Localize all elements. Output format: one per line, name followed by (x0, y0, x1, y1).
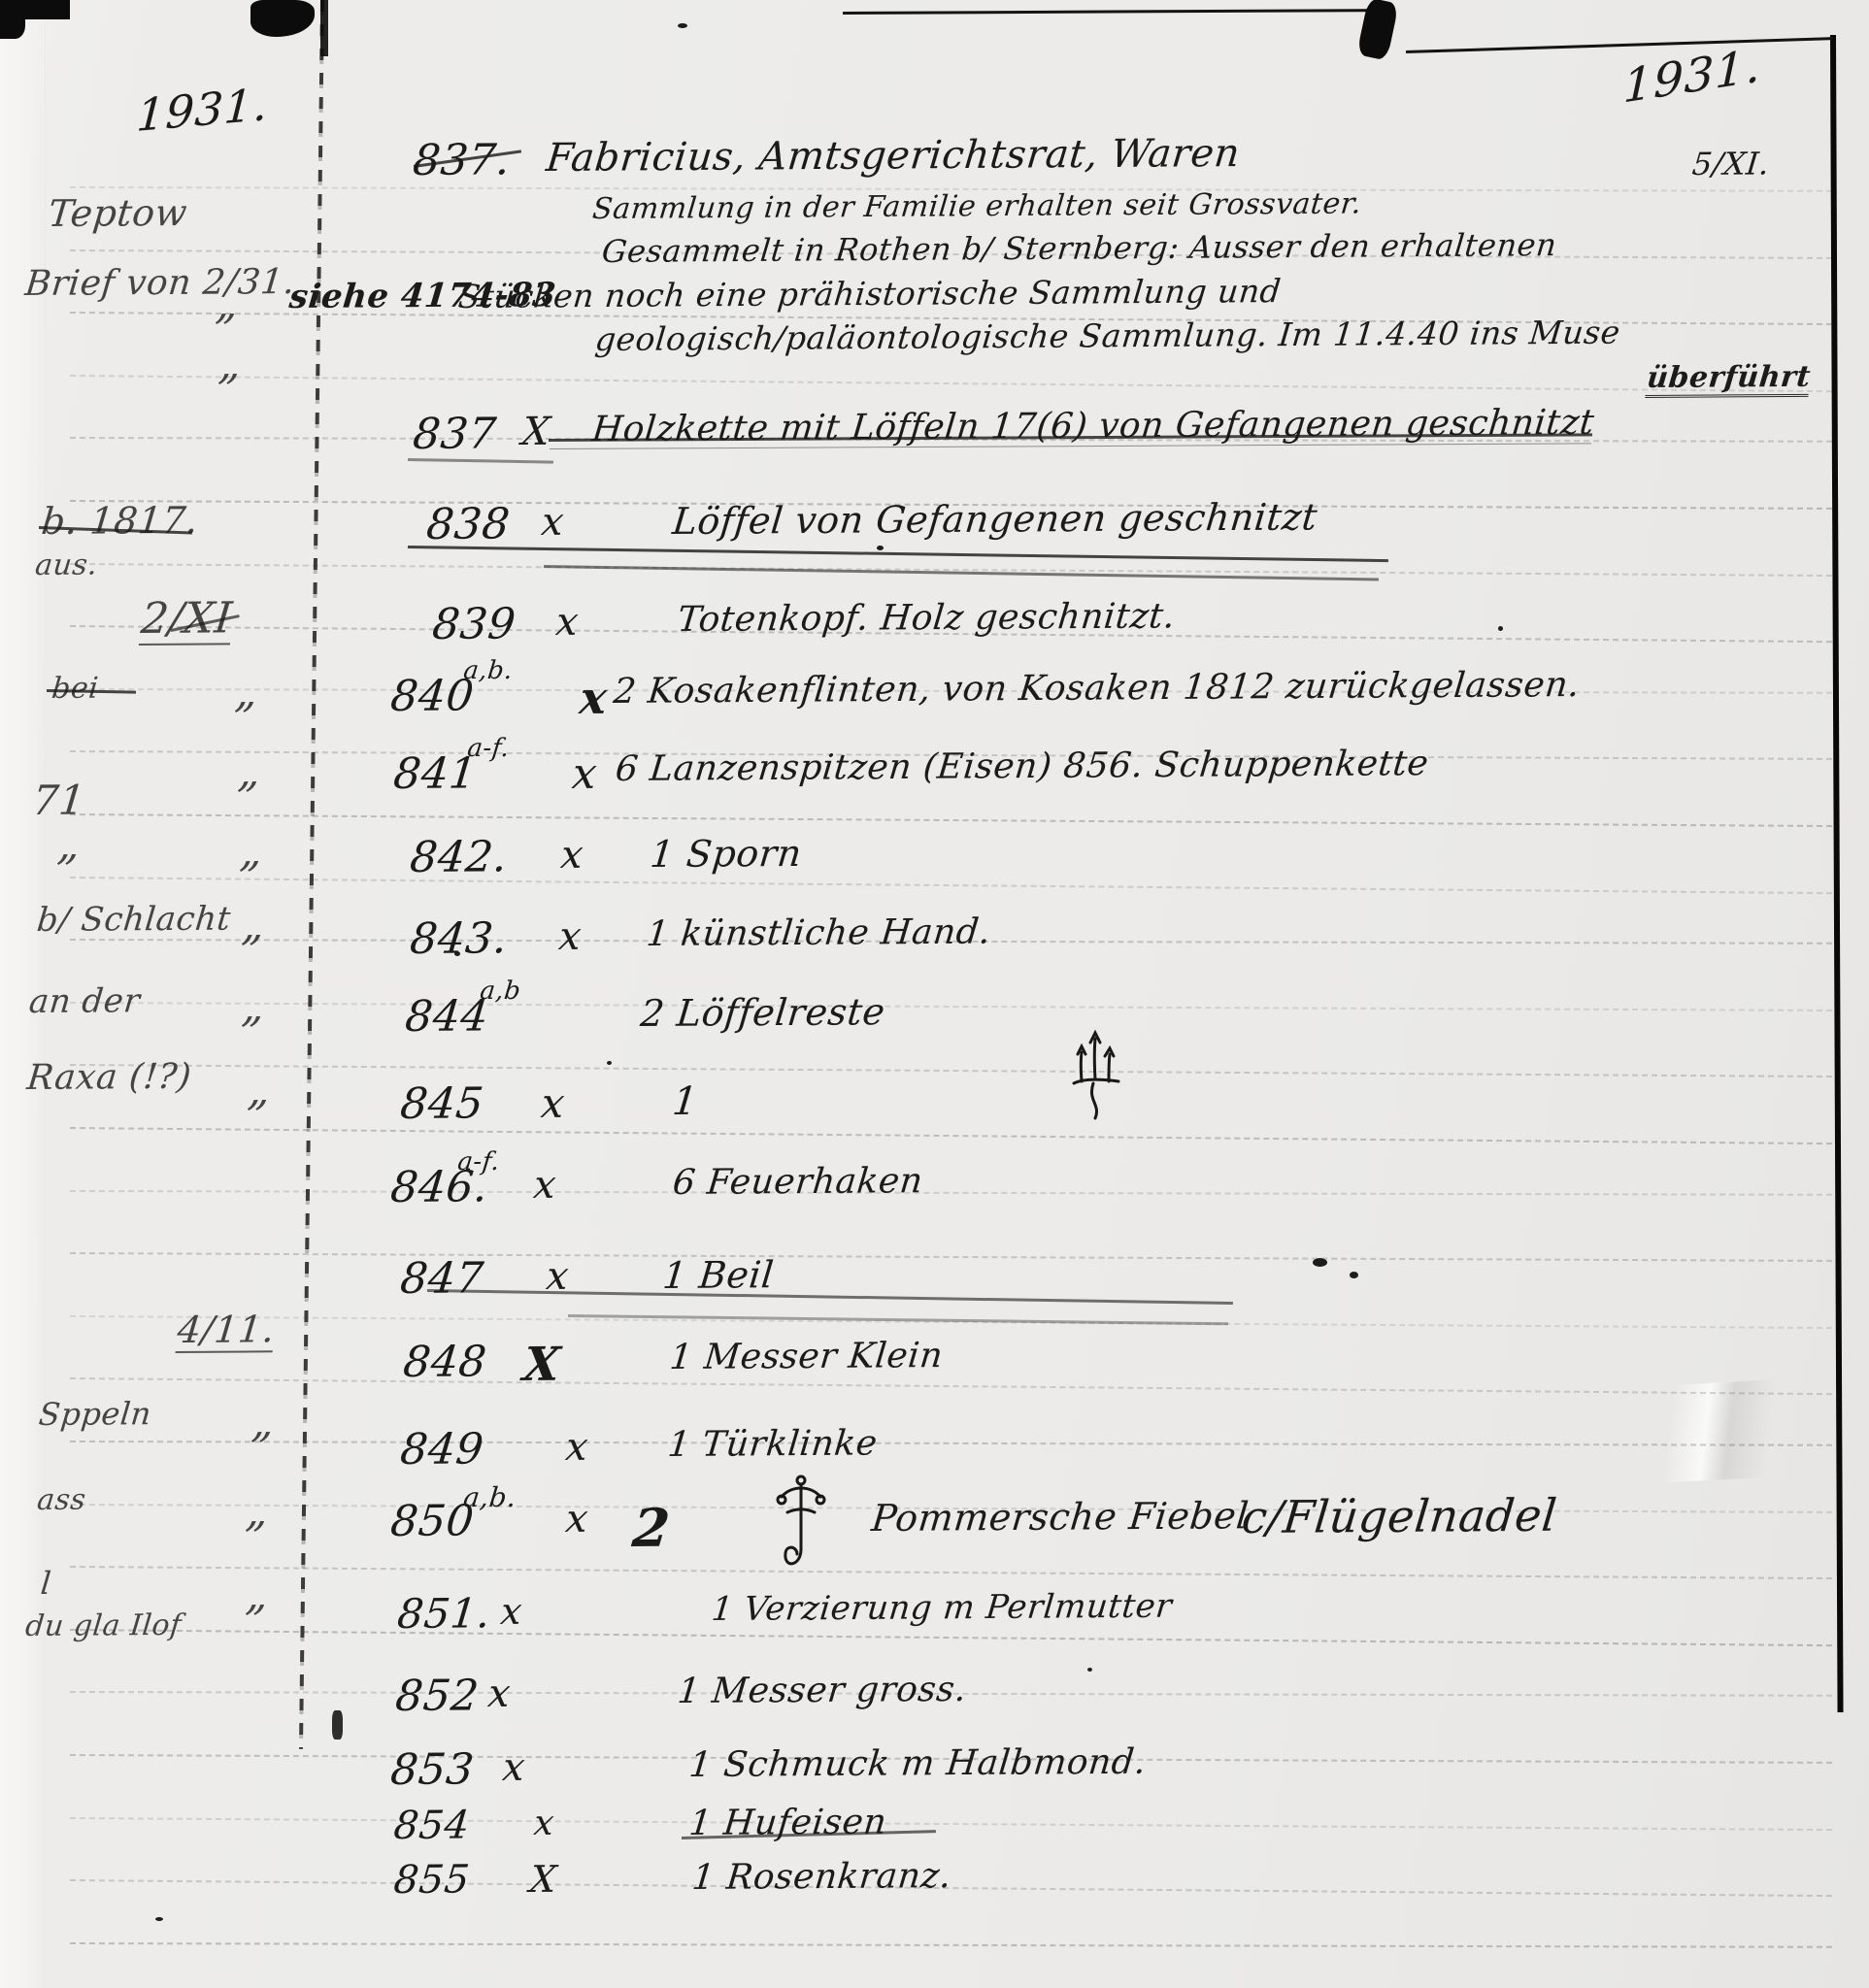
entry-desc: Gesammelt in Rothen b/ Sternberg: Ausser… (600, 226, 1558, 270)
margin-note: Raxa (!?) (25, 1057, 193, 1098)
entry-tail: c/Flügelnadel (1240, 1489, 1559, 1543)
ruled-line (70, 1190, 1832, 1196)
strike-mark (408, 458, 553, 464)
entry-number: 848 (401, 1337, 489, 1387)
entry-number: 847 (398, 1253, 486, 1304)
ruled-line (70, 1942, 1832, 1948)
margin-note: „ (238, 827, 265, 877)
entry-desc: 1 Messer Klein (668, 1336, 945, 1377)
entry-mark: x (578, 672, 610, 724)
entry-desc: 1 (670, 1079, 699, 1124)
margin-rule-line (299, 0, 324, 1749)
year-left: 1931. (135, 78, 269, 141)
ink-speck (1498, 626, 1503, 631)
margin-note: „ (250, 1398, 277, 1447)
margin-note: „ (236, 747, 263, 797)
entry-desc: 2 Kosakenflinten, von Kosaken 1812 zurüc… (612, 665, 1582, 712)
entry-mark: x (556, 914, 584, 959)
entry-desc: 1 Verzierung m Perlmutter (710, 1587, 1174, 1629)
entry-mark: X (519, 410, 552, 454)
entry-sup: a,b. (462, 656, 515, 685)
entry-desc: Fabricius, Amtsgerichtsrat, Waren (544, 131, 1242, 181)
entry-sup: a,b (479, 977, 522, 1006)
entry-desc: 1 Beil (661, 1253, 776, 1297)
entry-number: 849 (398, 1424, 486, 1474)
entry-mark: x (553, 600, 581, 645)
ink-sketch-fibula (772, 1464, 830, 1590)
entry-number: 854 (391, 1803, 471, 1848)
strike-mark (408, 546, 1388, 562)
entry-desc: Sammlung in der Familie erhalten seit Gr… (591, 186, 1364, 226)
entry-mark: x (532, 1804, 556, 1843)
ruled-line (70, 1127, 1832, 1144)
page-top-edge (1406, 37, 1833, 53)
entry-mark: x (563, 1425, 590, 1470)
entry-number: 838 (424, 499, 513, 549)
entry-desc: 1 Türklinke (666, 1423, 880, 1465)
entry-number: 839 (430, 599, 518, 649)
entry-mark: X (521, 1338, 563, 1392)
entry-number: 844 (403, 991, 491, 1042)
entry-mark: x (531, 1163, 558, 1208)
entry-desc: Holzkette mit Löffeln 17(6) von Gefangen… (590, 403, 1596, 449)
scan-artifact (332, 1710, 343, 1739)
ink-speck (1350, 1272, 1358, 1278)
margin-note: Teptow (47, 191, 189, 235)
entry-number: 843. (408, 913, 510, 964)
entry-desc: 1 Rosenkranz. (690, 1856, 953, 1898)
entry-mark: x (563, 1497, 590, 1541)
ruled-line (70, 1064, 1832, 1077)
margin-note: „ (244, 1487, 271, 1537)
entry-desc: 2 Löffelreste (639, 990, 887, 1035)
scan-artifact (250, 0, 315, 37)
ruled-line (70, 1252, 1832, 1262)
ruled-line (70, 1879, 1832, 1897)
entry-number: 837 (411, 409, 499, 459)
ink-speck (607, 1061, 612, 1065)
ink-speck (1087, 1668, 1092, 1672)
entry-mark: x (500, 1745, 527, 1790)
scan-artifact (0, 6, 25, 39)
entry-desc: 6 Lanzenspitzen (Eisen) 856. Schuppenket… (614, 744, 1430, 789)
entry-desc: 6 Feuerhaken (671, 1161, 925, 1203)
margin-note: „ (240, 982, 267, 1032)
margin-note: an der (27, 981, 142, 1021)
entry-number: 845 (398, 1078, 486, 1129)
entry-sup: a,b. (462, 1481, 518, 1513)
margin-note: „ (233, 668, 260, 717)
margin-note: Sppeln (37, 1395, 152, 1433)
entry-mark: x (539, 1079, 567, 1127)
entry-desc: Stücken noch eine prähistorische Sammlun… (456, 272, 1283, 315)
entry-desc: 1 künstliche Hand. (645, 912, 992, 954)
ledger-page: 1931. 1931. 5/XI. TeptowBrief von 2/31.„… (0, 0, 1869, 1988)
page-top-edge (843, 9, 1386, 15)
entry-sup: a-f. (466, 734, 511, 763)
margin-note: „ (246, 1066, 273, 1115)
entry-desc: 1 Sporn (649, 832, 804, 876)
ruled-line (70, 1566, 1832, 1579)
entry-tail: überführt (1645, 360, 1812, 398)
entry-number: 852 (393, 1671, 482, 1721)
margin-note: ass (36, 1483, 88, 1517)
margin-note: l (39, 1565, 52, 1602)
entry-mark: x (499, 1590, 524, 1633)
margin-note: „ (55, 820, 83, 870)
entry-mark: x (570, 749, 599, 799)
entry-mark: X (528, 1858, 559, 1901)
scan-artifact (320, 0, 328, 56)
margin-note: Brief von 2/31. (23, 262, 297, 304)
margin-note: „ (244, 1571, 271, 1620)
entry-number: 853 (388, 1744, 477, 1795)
ink-speck (678, 23, 687, 28)
entry-desc: 1 Messer gross. (676, 1670, 968, 1711)
margin-note: b/ Schlacht (35, 900, 233, 940)
entry-desc: Pommersche Fiebel (870, 1494, 1252, 1540)
margin-note: du gla Ilof (24, 1608, 184, 1643)
margin-note: „ (214, 280, 241, 329)
ruled-line (70, 1629, 1832, 1646)
entry-desc: Totenkopf. Holz geschnitzt. (676, 596, 1177, 640)
margin-note: b. 1817. (40, 499, 201, 543)
entry-sup: a-f. (456, 1147, 501, 1176)
margin-note: 4/11. (175, 1308, 277, 1353)
ink-sketch-trident (1066, 1025, 1124, 1127)
ruled-line (70, 1002, 1832, 1011)
strike-mark (544, 565, 1379, 581)
entry-mark: x (558, 833, 585, 878)
entry-mark: x (485, 1672, 513, 1716)
margin-note: 71 (30, 777, 87, 824)
margin-note: aus. (34, 548, 100, 582)
entry-qty: 2 (630, 1497, 673, 1559)
entry-number: 855 (391, 1857, 471, 1903)
ink-speck (1313, 1258, 1327, 1267)
year-right: 1931. (1622, 39, 1761, 114)
ruled-line (70, 877, 1832, 894)
margin-note: „ (240, 901, 267, 950)
ink-speck (155, 1917, 163, 1921)
entry-desc: Löffel von Gefangenen geschnitzt (671, 495, 1319, 543)
entry-desc: 1 Schmuck m Halbmond. (687, 1742, 1148, 1785)
entry-desc: geologisch/paläontologische Sammlung. Im… (593, 314, 1622, 358)
ruled-line (70, 375, 1832, 392)
margin-note: „ (217, 340, 244, 389)
ruled-line (70, 813, 1832, 827)
ink-speck (877, 546, 884, 550)
date-right: 5/XI. (1690, 145, 1771, 182)
entry-mark: x (539, 500, 566, 545)
entry-number: 842. (408, 832, 510, 882)
ruled-line (70, 1817, 1832, 1831)
entry-number: 851. (395, 1589, 492, 1638)
